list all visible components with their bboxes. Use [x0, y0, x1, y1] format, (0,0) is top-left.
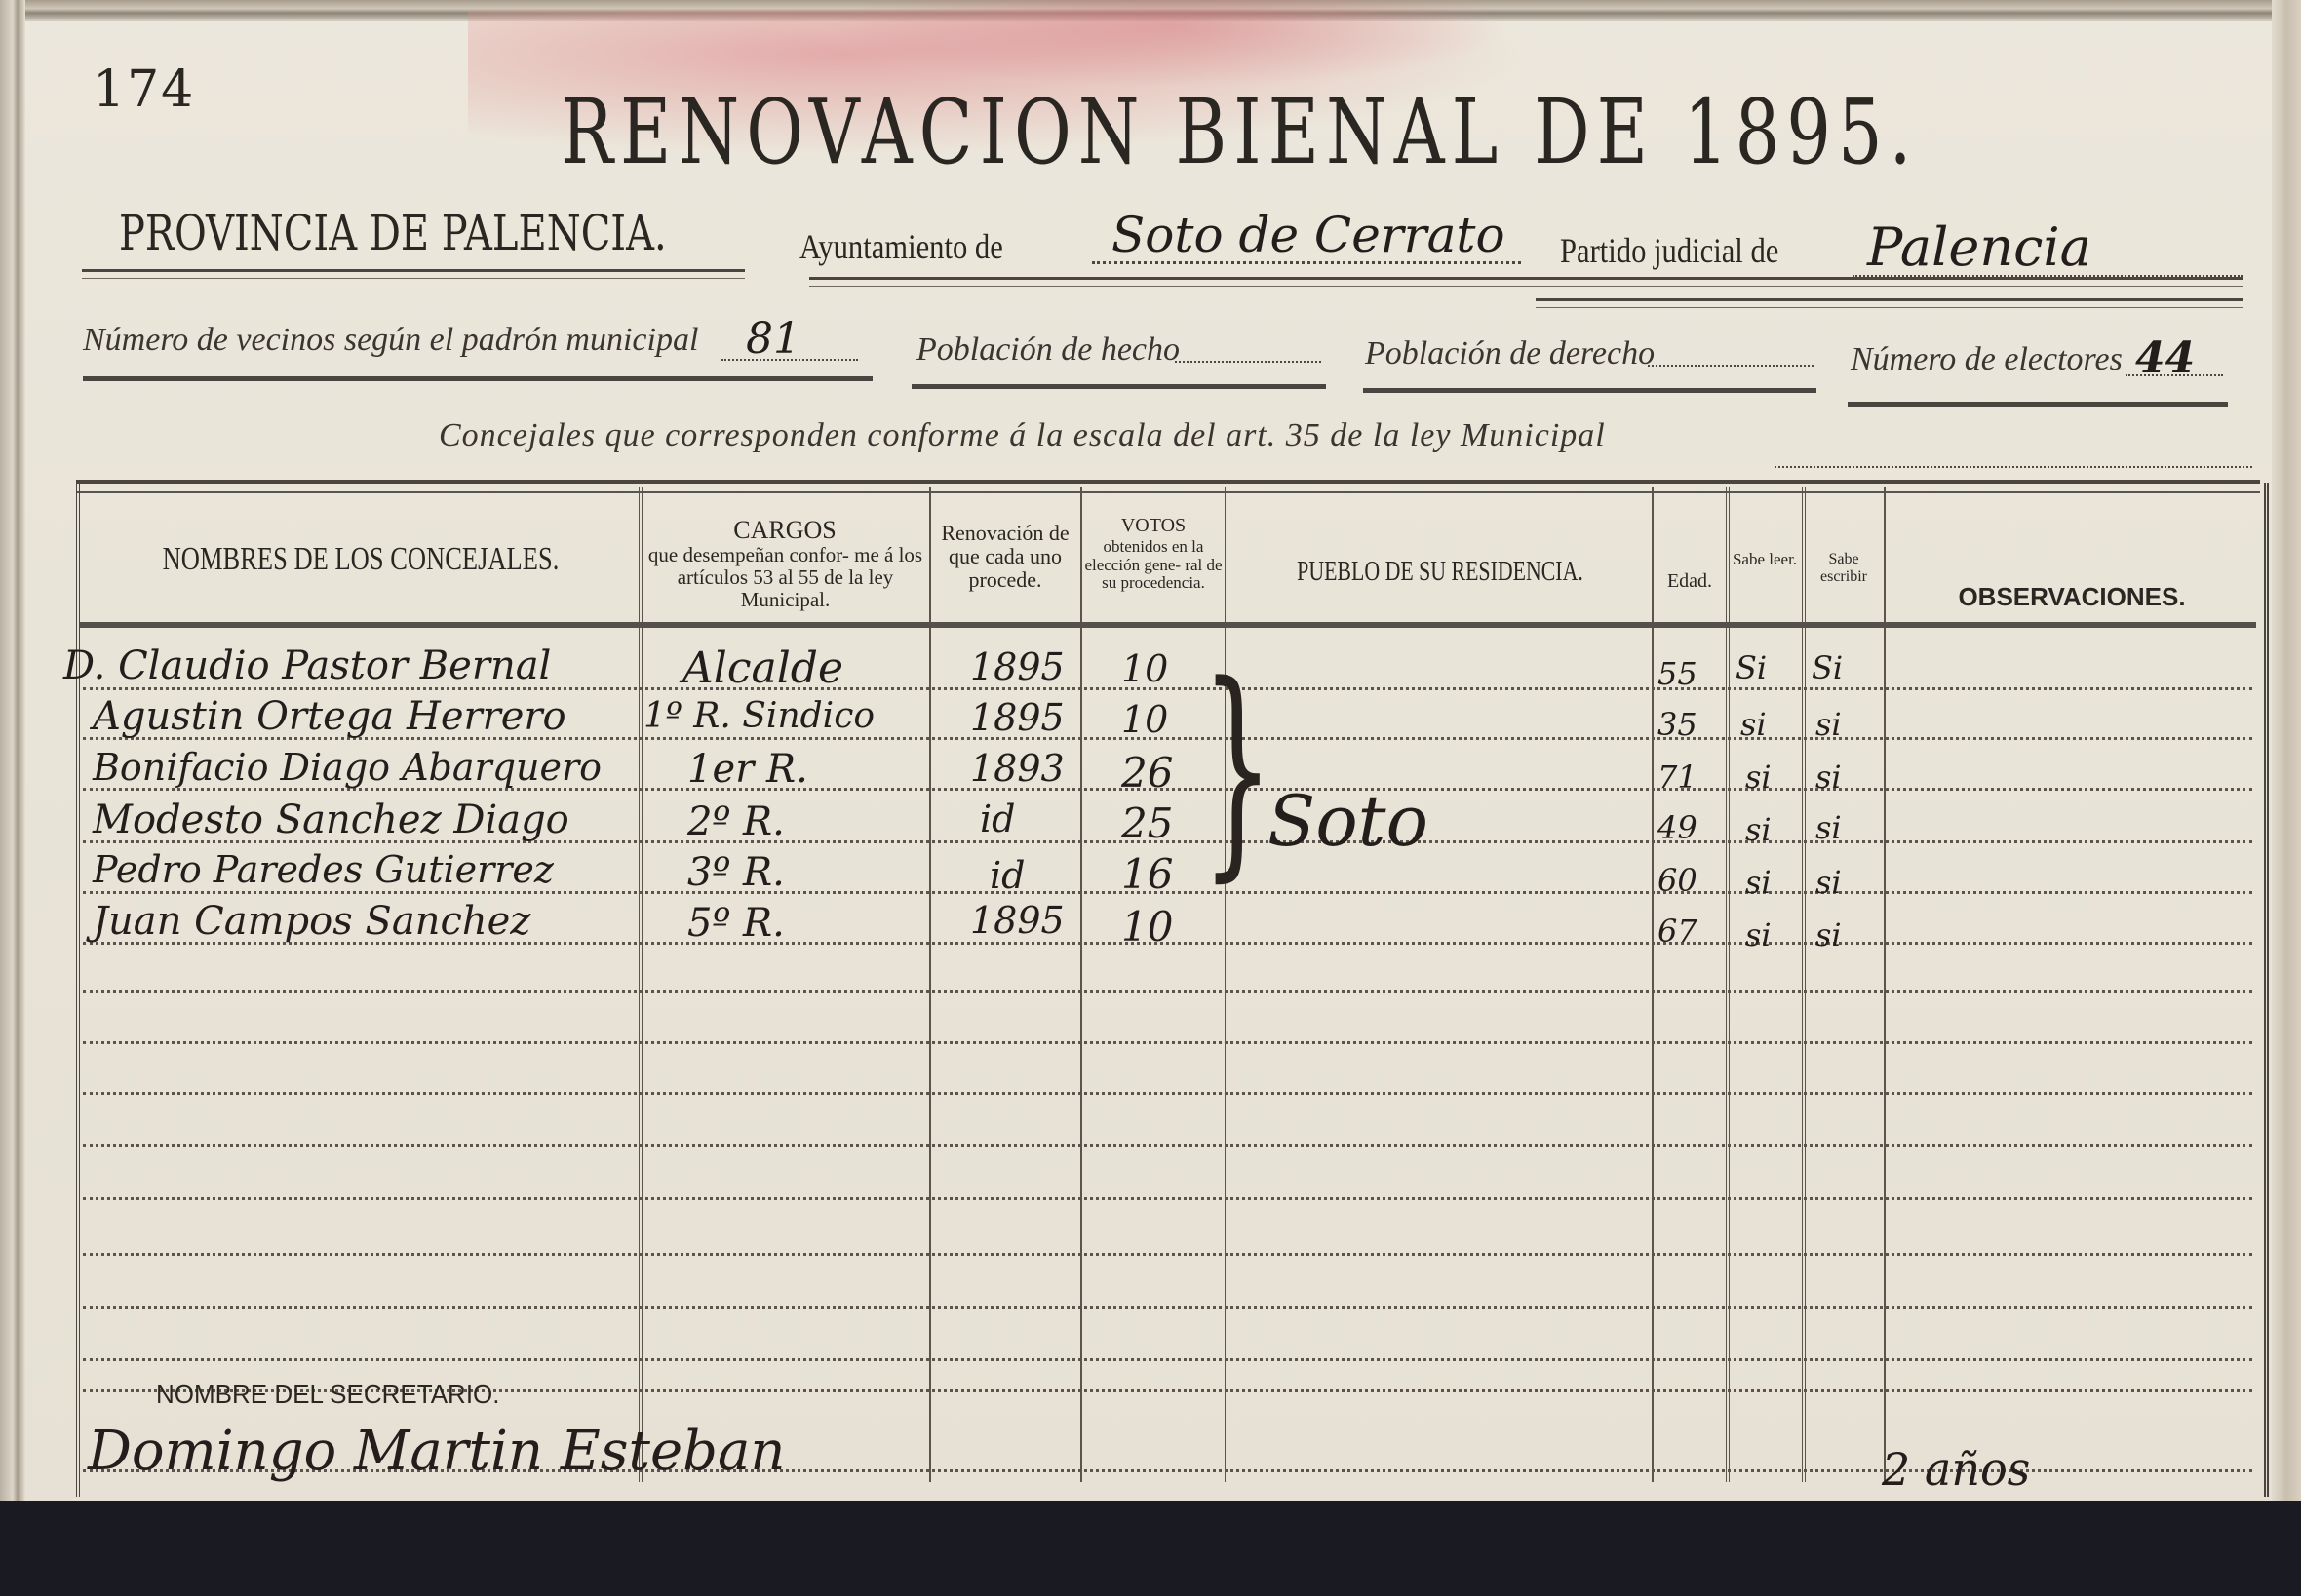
- row-4-cargo: 2º R.: [687, 799, 785, 844]
- row-1-edad: 55: [1657, 655, 1697, 692]
- header-votos-title: VOTOS: [1084, 515, 1223, 536]
- row-3-leer: si: [1745, 759, 1772, 796]
- row-3-cargo: 1er R.: [687, 747, 808, 792]
- row-5-renovacion: id: [990, 854, 1025, 897]
- vecinos-rule: [83, 376, 873, 381]
- col-divider: [1726, 487, 1730, 1482]
- concejales-dotted: [1774, 466, 2252, 468]
- row-2-votos: 10: [1121, 698, 1168, 741]
- electores-label: Número de electores: [1851, 341, 2123, 378]
- concejales-escala-label: Concejales que corresponden conforme á l…: [439, 417, 1606, 454]
- header-bottom-rule: [80, 622, 2256, 628]
- page-left-edge: [0, 0, 25, 1501]
- row-line: [83, 1197, 2252, 1200]
- poblacion-derecho-label: Población de derecho: [1365, 335, 1655, 372]
- row-6-renovacion: 1895: [970, 899, 1065, 942]
- vecinos-dotted: [721, 359, 858, 361]
- row-6-escribir: si: [1815, 916, 1842, 954]
- col-divider: [1080, 487, 1082, 1482]
- row-2-escribir: si: [1815, 706, 1842, 743]
- vecinos-label: Número de vecinos según el padrón munici…: [83, 322, 698, 359]
- partido-judicial-label: Partido judicial de: [1560, 230, 1778, 271]
- ayuntamiento-value: Soto de Cerrato: [1111, 207, 1505, 263]
- row-2-renovacion: 1895: [970, 696, 1065, 739]
- header-rule-2: [1536, 298, 2242, 308]
- row-3-votos: 26: [1121, 749, 1173, 797]
- secretary-name: Domingo Martin Esteban: [88, 1420, 785, 1483]
- row-line: [83, 1358, 2252, 1361]
- header-cargos-sub: que desempeñan confor- me á los artículo…: [646, 544, 924, 611]
- header-votos-sub: obtenidos en la elección gene- ral de su…: [1084, 538, 1223, 593]
- register-page: 174 RENOVACION BIENAL DE 1895. PROVINCIA…: [0, 0, 2301, 1501]
- col-divider: [1884, 487, 1886, 1482]
- header-sabe-escribir: Sabe escribir: [1806, 551, 1882, 585]
- row-1-nombre: D. Claudio Pastor Bernal: [63, 643, 551, 688]
- header-renovacion: Renovación de que cada uno procede.: [934, 522, 1076, 593]
- header-rule: [809, 277, 2242, 287]
- row-3-edad: 71: [1657, 759, 1697, 796]
- partido-judicial-value: Palencia: [1867, 216, 2091, 278]
- row-4-renovacion: id: [980, 798, 1015, 840]
- ayuntamiento-dotted: [1092, 261, 1521, 264]
- row-1-leer: Si: [1735, 649, 1767, 686]
- row-4-nombre: Modesto Sanchez Diago: [93, 798, 569, 842]
- row-6-votos: 10: [1121, 903, 1173, 951]
- header-edad: Edad.: [1655, 570, 1725, 592]
- row-1-escribir: Si: [1812, 649, 1843, 686]
- row-5-cargo: 3º R.: [687, 850, 785, 895]
- poblacion-hecho-label: Población de hecho: [916, 331, 1180, 369]
- curly-brace-icon: }: [1201, 655, 1273, 883]
- row-3-renovacion: 1893: [970, 747, 1065, 790]
- row-6-edad: 67: [1657, 913, 1697, 950]
- col-divider: [1652, 487, 1654, 1482]
- row-2-leer: si: [1740, 706, 1767, 743]
- poblacion-derecho-rule: [1363, 388, 1816, 393]
- age-note: 2 años: [1882, 1443, 2030, 1496]
- row-line: [83, 1306, 2252, 1309]
- electores-dotted: [2125, 374, 2223, 376]
- secretary-label: NOMBRE DEL SECRETARIO.: [156, 1380, 500, 1410]
- row-4-votos: 25: [1121, 799, 1173, 847]
- row-2-cargo: 1º R. Sindico: [643, 696, 875, 736]
- pueblo-residencia-value: Soto: [1267, 780, 1428, 862]
- header-pueblo: PUEBLO DE SU RESIDENCIA.: [1276, 558, 1603, 588]
- ayuntamiento-label: Ayuntamiento de: [799, 226, 1003, 267]
- page-number: 174: [93, 60, 195, 119]
- row-2-nombre: Agustin Ortega Herrero: [93, 694, 566, 739]
- row-4-leer: si: [1745, 811, 1772, 848]
- row-1-cargo: Alcalde: [682, 643, 843, 693]
- header-observaciones: OBSERVACIONES.: [1891, 583, 2252, 611]
- page-title: RENOVACION BIENAL DE 1895.: [561, 80, 1918, 184]
- row-5-leer: si: [1745, 864, 1772, 901]
- poblacion-hecho-rule: [912, 384, 1326, 389]
- poblacion-hecho-dotted: [1175, 361, 1321, 363]
- col-divider: [929, 487, 931, 1482]
- row-line: [83, 1253, 2252, 1256]
- header-cargos-title: CARGOS: [643, 517, 926, 545]
- row-5-escribir: si: [1815, 864, 1842, 901]
- electores-rule: [1848, 402, 2228, 407]
- vecinos-value: 81: [746, 314, 800, 364]
- province-rule: [82, 269, 745, 279]
- row-6-leer: si: [1745, 916, 1772, 954]
- poblacion-derecho-dotted: [1648, 365, 1813, 367]
- row-line: [83, 990, 2252, 993]
- row-4-edad: 49: [1657, 809, 1697, 846]
- row-line: [83, 1144, 2252, 1147]
- col-divider: [1802, 487, 1806, 1482]
- row-1-votos: 10: [1121, 647, 1168, 690]
- header-nombres: NOMBRES DE LOS CONCEJALES.: [144, 541, 578, 577]
- row-line: [83, 1041, 2252, 1044]
- page-right-edge: [2272, 0, 2301, 1501]
- header-sabe-leer: Sabe leer.: [1731, 551, 1799, 569]
- province-label: PROVINCIA DE PALENCIA.: [119, 205, 667, 261]
- row-6-cargo: 5º R.: [687, 901, 785, 946]
- row-4-escribir: si: [1815, 809, 1842, 846]
- row-line: [83, 1092, 2252, 1095]
- row-1-renovacion: 1895: [970, 645, 1065, 688]
- row-2-edad: 35: [1657, 706, 1697, 743]
- row-5-edad: 60: [1657, 862, 1697, 899]
- red-stain-2: [829, 0, 1511, 88]
- row-6-nombre: Juan Campos Sanchez: [93, 899, 530, 944]
- row-3-escribir: si: [1815, 759, 1842, 796]
- row-5-votos: 16: [1121, 850, 1173, 898]
- row-5-nombre: Pedro Paredes Gutierrez: [93, 848, 554, 891]
- col-divider: [639, 487, 643, 1482]
- row-3-nombre: Bonifacio Diago Abarquero: [93, 746, 602, 789]
